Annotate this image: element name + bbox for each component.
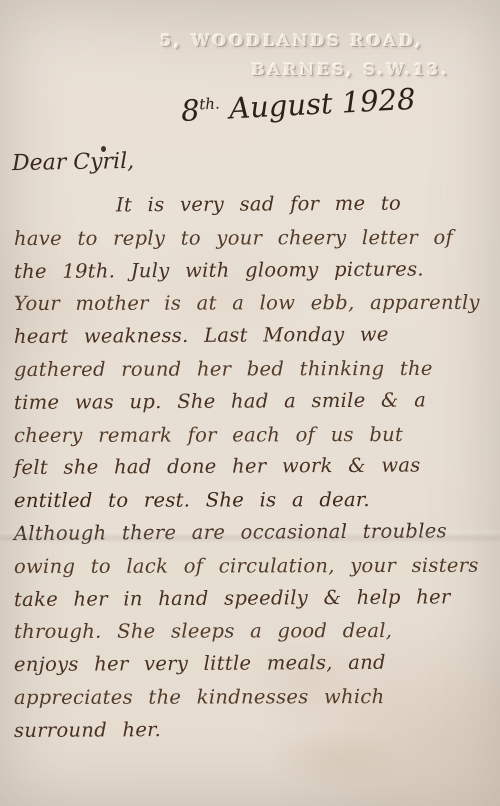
handwritten-line: surround her. (14, 712, 492, 748)
letter-body: It is very sad for me to have to reply t… (14, 190, 492, 748)
handwritten-line: felt she had done her work & was (14, 449, 492, 485)
handwritten-line: gathered round her bed thinking the (14, 353, 492, 387)
letterhead-address-line1: 5, Woodlands Road, (160, 31, 424, 50)
handwritten-line: Your mother is at a low ebb, apparently (14, 287, 492, 321)
salutation: Dear Cyril, (12, 149, 135, 176)
handwritten-line: through. She sleeps a good deal, (14, 615, 492, 649)
handwritten-line: entitled to rest. She is a dear. (14, 484, 492, 518)
handwritten-line: heart weakness. Last Monday we (14, 318, 492, 354)
handwritten-line: have to reply to your cheery letter of (14, 222, 492, 256)
handwritten-line: enjoys her very little meals, and (14, 646, 492, 682)
date-ordinal: th. (199, 94, 220, 113)
date-month-year: August 1928 (228, 82, 416, 126)
handwritten-line: It is very sad for me to (14, 187, 492, 223)
handwritten-line: Although there are occasional troubles (14, 515, 492, 551)
handwritten-line: owing to lack of circulation, your siste… (14, 550, 492, 584)
handwritten-line: cheery remark for each of us but (14, 418, 492, 452)
letterhead-address-line2: Barnes, S.W.13. (251, 60, 450, 79)
letter-scan: 5, Woodlands Road, Barnes, S.W.13. 8th. … (0, 0, 500, 806)
handwritten-line: take her in hand speedily & help her (14, 581, 492, 617)
date-line: 8th. August 1928 (180, 82, 416, 128)
handwritten-line: the 19th. July with gloomy pictures. (14, 253, 492, 289)
handwritten-line: time was up. She had a smile & a (14, 384, 492, 420)
date-day: 8 (180, 93, 200, 128)
handwritten-line: appreciates the kindnesses which (14, 681, 492, 715)
